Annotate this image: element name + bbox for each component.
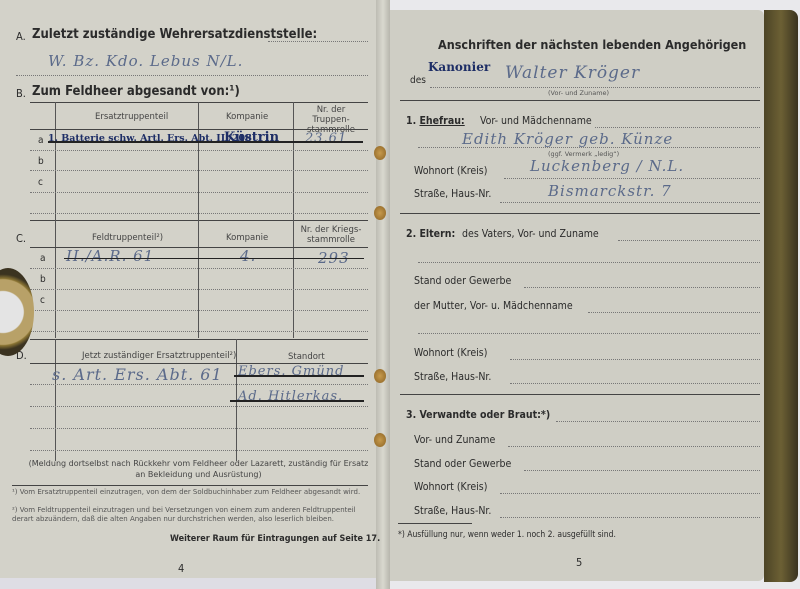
column-header: Nr. der Kriegs-stammrolle — [297, 225, 365, 245]
page-number-left: 4 — [178, 562, 184, 575]
dotted-line — [30, 428, 368, 429]
right-footnote: *) Ausfüllung nur, wenn weder 1. noch 2.… — [398, 530, 616, 540]
label-parents-residence: Wohnort (Kreis) — [414, 347, 487, 359]
table-divider — [293, 102, 294, 220]
section-3-heading: 3. Verwandte oder Braut:*) — [406, 409, 550, 421]
current-unit-handwritten: s. Art. Ers. Abt. 61 — [52, 365, 223, 384]
strikethrough-line — [234, 375, 364, 377]
rank-stamp: Kanonier — [428, 60, 490, 74]
dotted-line — [268, 41, 368, 42]
dotted-line — [510, 359, 760, 360]
right-page-title: Anschriften der nächsten lebenden Angehö… — [438, 37, 746, 52]
row-number: 23.61 — [305, 131, 347, 146]
dotted-line — [30, 150, 368, 151]
dotted-line — [30, 213, 368, 214]
column-header: Kompanie — [226, 233, 268, 243]
label-relative-residence: Wohnort (Kreis) — [414, 481, 487, 493]
dotted-line — [30, 170, 368, 171]
staple-icon — [374, 146, 386, 160]
dotted-line — [30, 289, 368, 290]
page-number-right: 5 — [576, 556, 582, 569]
dotted-line — [30, 384, 368, 385]
label-spouse-name: Vor- und Mädchenname — [480, 115, 592, 127]
more-space-note: Weiterer Raum für Eintragungen auf Seite… — [170, 534, 380, 544]
dotted-line — [430, 87, 760, 88]
section-2-heading: 2. Eltern: — [406, 228, 455, 240]
strikethrough-line — [64, 258, 364, 259]
column-header: Ersatztruppenteil — [95, 112, 168, 122]
dotted-line — [500, 517, 760, 518]
table-divider — [55, 220, 56, 338]
row-letter: c — [38, 177, 43, 188]
soldier-name-handwritten: Walter Kröger — [505, 63, 640, 83]
dotted-line — [418, 147, 760, 148]
dotted-line — [30, 268, 368, 269]
book-cover-edge — [764, 10, 798, 582]
section-b-label: Zum Feldheer abgesandt von:¹) — [32, 84, 240, 99]
staple-icon — [374, 369, 386, 383]
dotted-line — [418, 333, 760, 334]
table-divider — [198, 102, 199, 220]
dotted-line — [508, 446, 760, 447]
section-a-handwritten: W. Bz. Kdo. Lebus N/L. — [48, 52, 243, 70]
dotted-line — [30, 331, 368, 332]
row-company-handwritten: 4. — [240, 247, 256, 265]
table-divider — [55, 339, 56, 461]
label-parents-street: Straße, Haus-Nr. — [414, 371, 491, 383]
label-father-name: des Vaters, Vor- und Zuname — [462, 228, 599, 240]
label-relative-name: Vor- und Zuname — [414, 434, 495, 446]
column-header: Kompanie — [226, 112, 268, 122]
row-letter: a — [40, 253, 46, 264]
table-rule — [30, 220, 368, 221]
row-unit-handwritten: II./A.R. 61 — [66, 247, 154, 265]
column-header: Feldtruppenteil²) — [92, 233, 163, 243]
footnote-rule — [398, 523, 472, 524]
spouse-name-handwritten: Edith Kröger geb. Künze — [462, 130, 673, 148]
staple-icon — [374, 433, 386, 447]
table-divider — [198, 220, 199, 338]
label-spouse-street: Straße, Haus-Nr. — [414, 188, 491, 200]
section-rule — [400, 394, 760, 395]
dotted-line — [30, 406, 368, 407]
label-relative-street: Straße, Haus-Nr. — [414, 505, 491, 517]
column-header: Jetzt zuständiger Ersatztruppenteil²) — [82, 351, 236, 361]
footnote-1: ¹) Vom Ersatztruppenteil einzutragen, vo… — [12, 488, 368, 497]
dotted-line — [500, 493, 760, 494]
table-divider — [55, 102, 56, 220]
dotted-line — [30, 450, 368, 451]
table-rule — [30, 102, 368, 103]
section-c-letter: C. — [16, 232, 26, 245]
label-parents-occupation: Stand oder Gewerbe — [414, 275, 511, 287]
dotted-line — [510, 383, 760, 384]
section-a-letter: A. — [16, 30, 26, 43]
staple-icon — [374, 206, 386, 220]
label-spouse-residence: Wohnort (Kreis) — [414, 165, 487, 177]
row-letter: b — [40, 274, 46, 285]
dotted-line — [16, 75, 368, 76]
table-rule — [30, 339, 368, 340]
strikethrough-line — [230, 400, 364, 402]
row-letter: c — [40, 295, 45, 306]
dotted-line — [595, 127, 760, 128]
dotted-line — [418, 262, 760, 263]
label-relative-occupation: Stand oder Gewerbe — [414, 458, 511, 470]
section-rule — [400, 100, 760, 101]
section-a-label: Zuletzt zuständige Wehrersatzdienststell… — [32, 27, 317, 42]
book-gutter — [376, 0, 390, 589]
label-mother-name: der Mutter, Vor- u. Mädchenname — [414, 300, 573, 312]
page-bottom-edge — [0, 578, 384, 589]
strikethrough-line — [48, 141, 363, 143]
section-b-letter: B. — [16, 87, 26, 100]
column-header: Standort — [288, 352, 325, 362]
dotted-line — [524, 287, 760, 288]
dotted-line — [500, 202, 760, 203]
dotted-line — [30, 310, 368, 311]
footnote-rule — [12, 485, 368, 486]
row-letter: b — [38, 156, 44, 167]
section-1-heading: 1. Ehefrau: — [406, 115, 465, 127]
des-label: des — [410, 75, 426, 86]
dotted-line — [618, 240, 760, 241]
table-rule — [30, 129, 368, 130]
row-letter: a — [38, 135, 44, 146]
section-rule — [400, 213, 760, 214]
spouse-street-handwritten: Bismarckstr. 7 — [548, 182, 672, 200]
dotted-line — [504, 178, 760, 179]
footnote-2: ²) Vom Feldtruppenteil einzutragen und b… — [12, 506, 368, 524]
spouse-residence-handwritten: Luckenberg / N.L. — [530, 157, 684, 175]
table-divider — [293, 220, 294, 338]
dotted-line — [30, 192, 368, 193]
section-d-note: (Meldung dortselbst nach Rückkehr vom Fe… — [26, 458, 371, 480]
dotted-line — [588, 312, 760, 313]
name-hint: (Vor- und Zuname) — [548, 89, 609, 97]
dotted-line — [556, 421, 760, 422]
dotted-line — [524, 470, 760, 471]
